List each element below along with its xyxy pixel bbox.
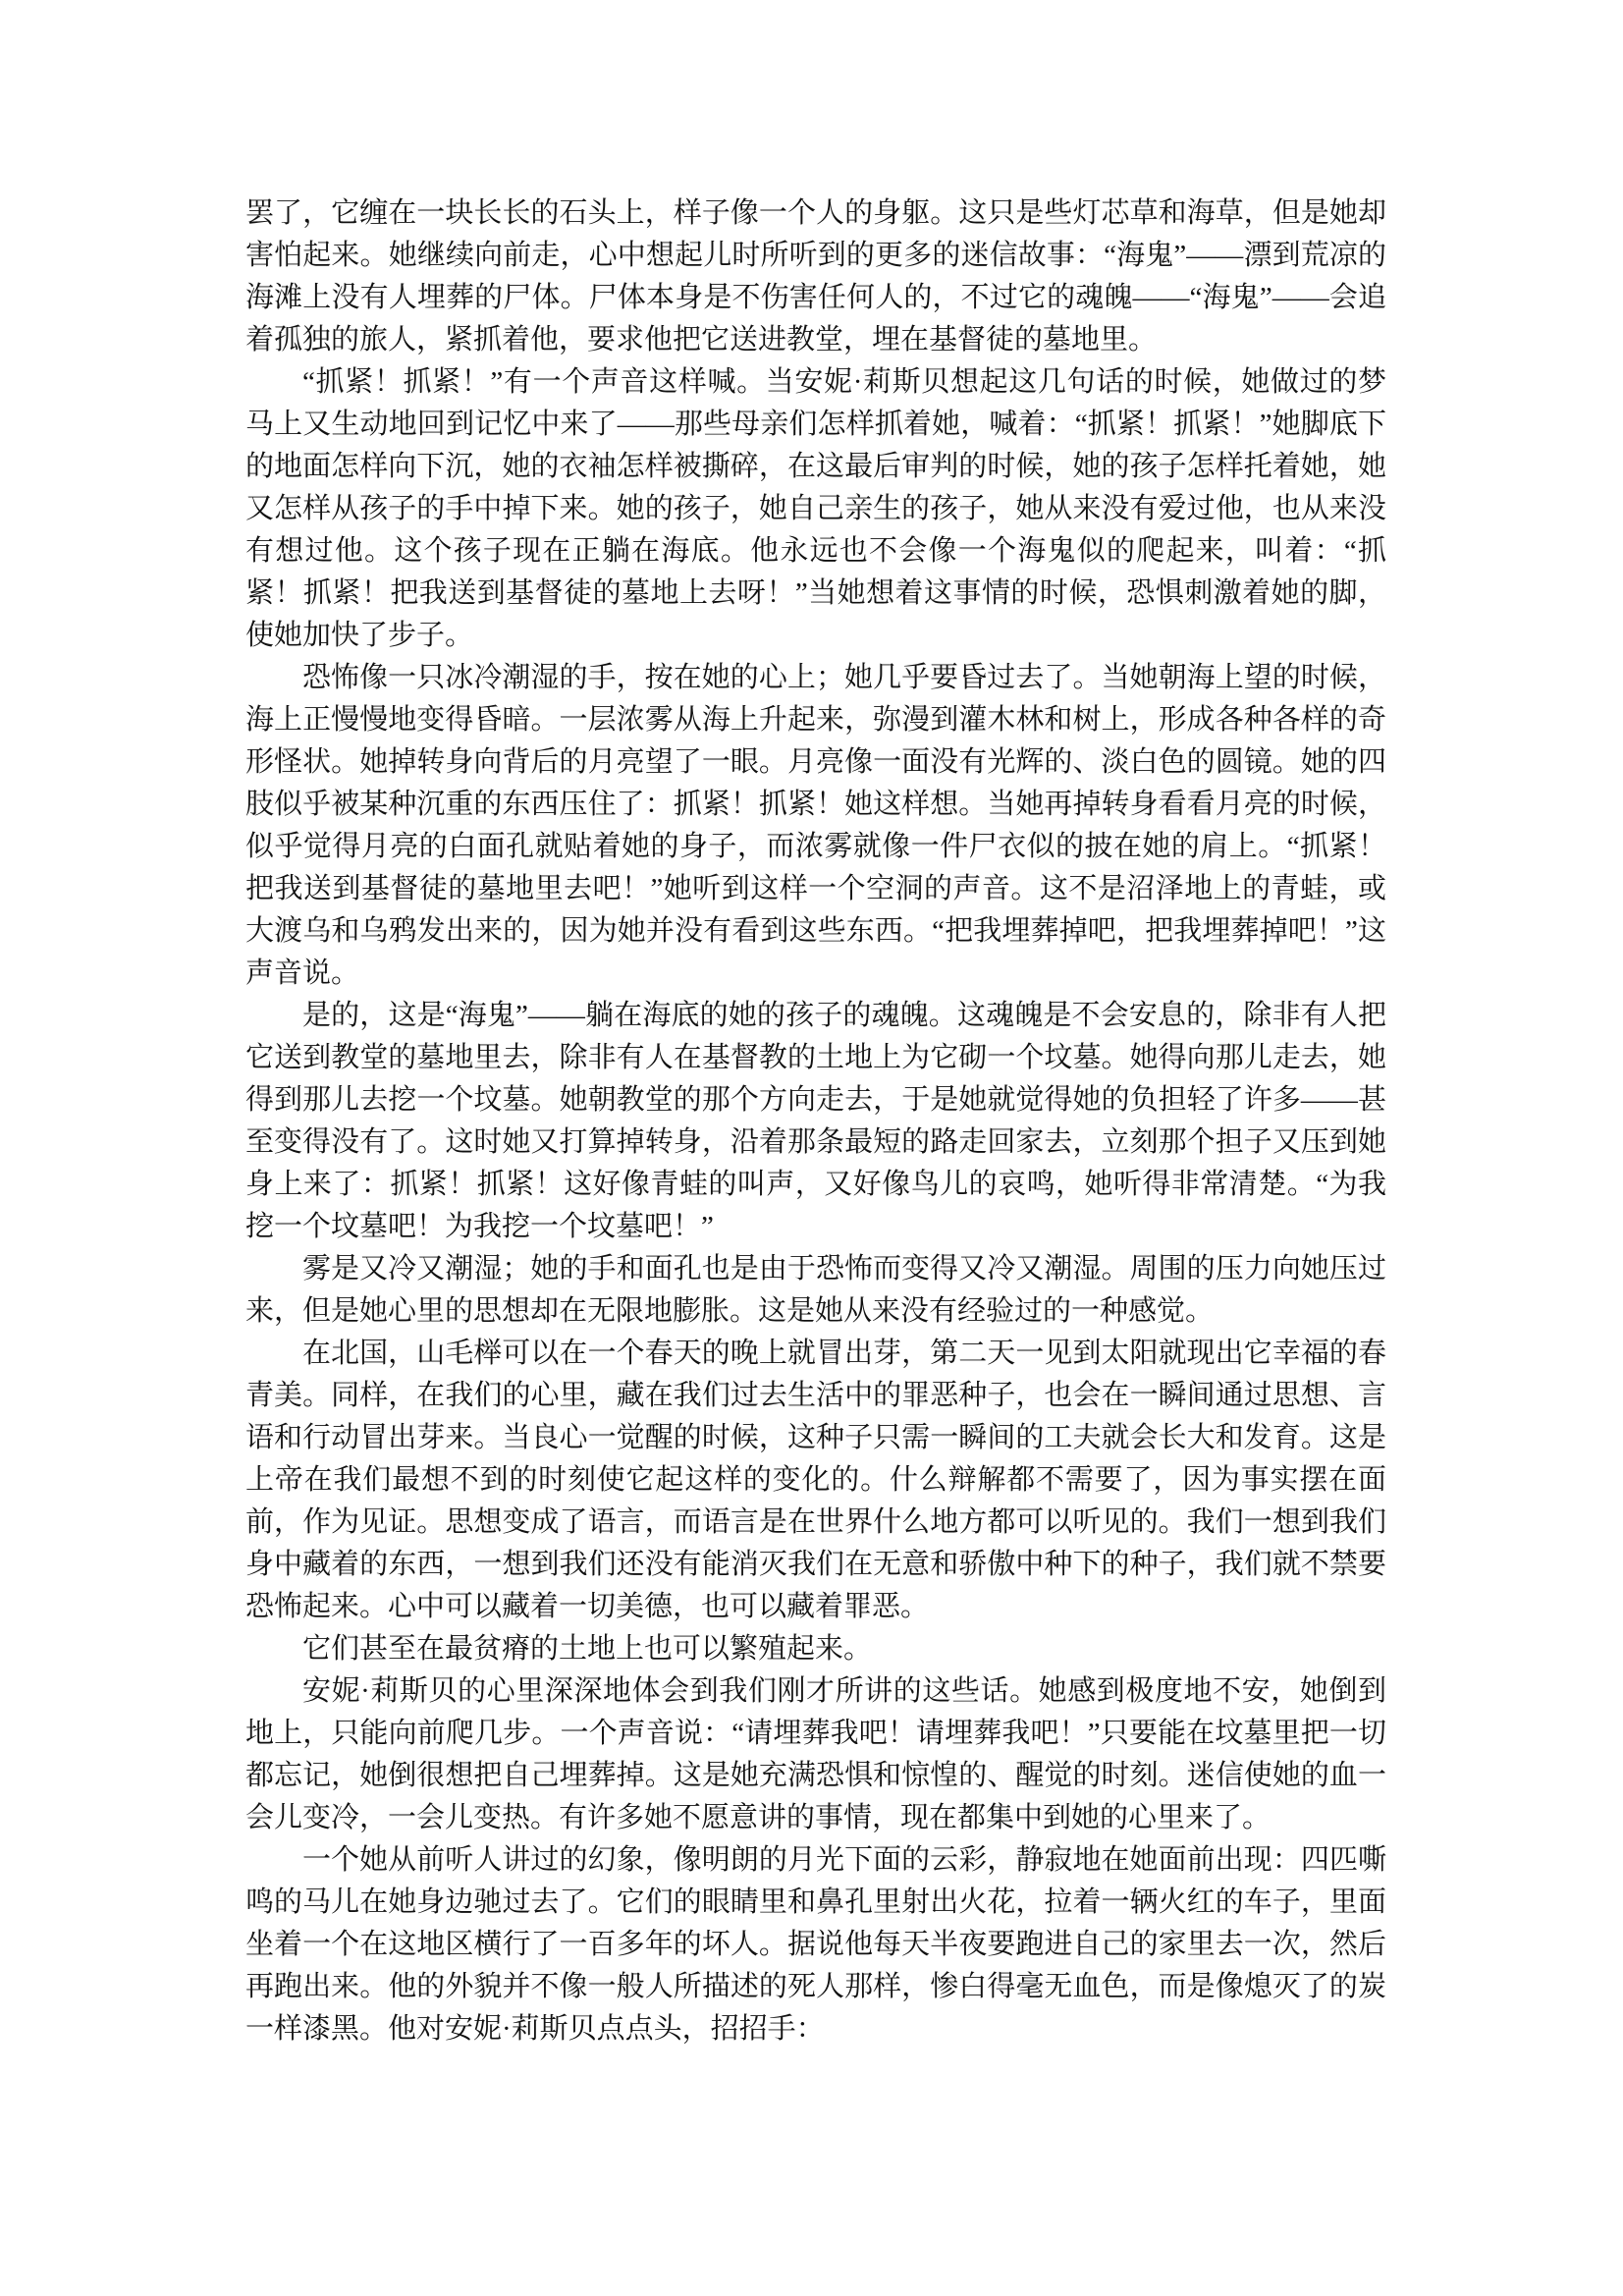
paragraph: 雾是又冷又潮湿；她的手和面孔也是由于恐怖而变得又冷又潮湿。周围的压力向她压过来，… [245, 1248, 1386, 1333]
paragraph: 一个她从前听人讲过的幻象，像明朗的月光下面的云彩，静寂地在她面前出现：四匹嘶鸣的… [245, 1839, 1386, 2050]
document-page: 罢了，它缠在一块长长的石头上，样子像一个人的身躯。这只是些灯芯草和海草，但是她却… [0, 0, 1623, 2296]
paragraph: 安妮·莉斯贝的心里深深地体会到我们刚才所讲的这些话。她感到极度地不安，她倒到地上… [245, 1670, 1386, 1839]
paragraph: 在北国，山毛榉可以在一个春天的晚上就冒出芽，第二天一见到太阳就现出它幸福的春青美… [245, 1333, 1386, 1628]
body-text: 罢了，它缠在一块长长的石头上，样子像一个人的身躯。这只是些灯芯草和海草，但是她却… [245, 192, 1386, 2050]
paragraph: 恐怖像一只冰冷潮湿的手，按在她的心上；她几乎要昏过去了。当她朝海上望的时候，海上… [245, 657, 1386, 995]
paragraph: 是的，这是“海鬼”——躺在海底的她的孩子的魂魄。这魂魄是不会安息的，除非有人把它… [245, 995, 1386, 1248]
paragraph: 它们甚至在最贫瘠的土地上也可以繁殖起来。 [245, 1628, 1386, 1670]
paragraph: 罢了，它缠在一块长长的石头上，样子像一个人的身躯。这只是些灯芯草和海草，但是她却… [245, 192, 1386, 361]
paragraph: “抓紧！抓紧！”有一个声音这样喊。当安妮·莉斯贝想起这几句话的时候，她做过的梦马… [245, 361, 1386, 657]
